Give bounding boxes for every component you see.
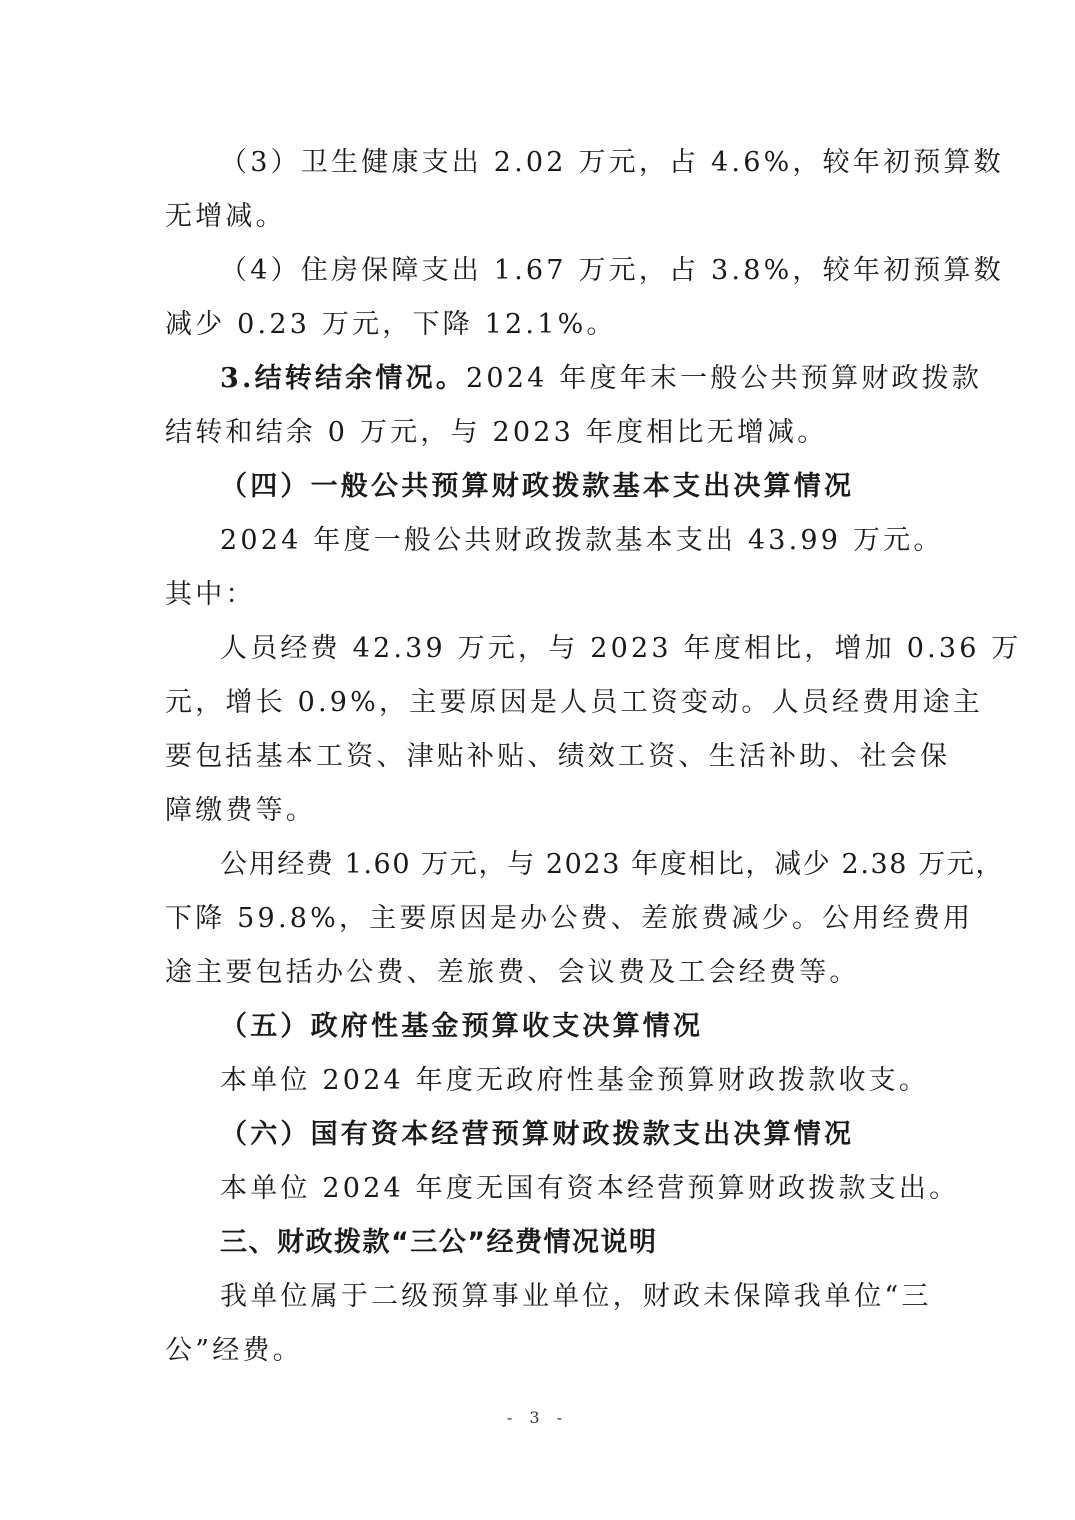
page-number: - 3 - <box>0 1408 1075 1427</box>
paragraph-line: 公”经费。 <box>165 1333 303 1369</box>
paragraph-line: 本单位 2024 年度无国有资本经营预算财政拨款支出。 <box>220 1171 959 1207</box>
paragraph-text: 2024 年度年末一般公共预算财政拨款 <box>466 363 982 394</box>
paragraph-line: 元，增长 0.9%，主要原因是人员工资变动。人员经费用途主 <box>165 685 983 721</box>
paragraph-line: 2024 年度一般公共财政拨款基本支出 43.99 万元。 <box>220 523 944 559</box>
section-heading-4: （四）一般公共预算财政拨款基本支出决算情况 <box>220 469 854 505</box>
paragraph-line: （4）住房保障支出 1.67 万元，占 3.8%，较年初预算数 <box>220 253 1004 289</box>
paragraph-line: 结转和结余 0 万元，与 2023 年度相比无增减。 <box>165 415 827 451</box>
paragraph-line: 3.结转结余情况。2024 年度年末一般公共预算财政拨款 <box>220 361 982 397</box>
section-heading-5: （五）政府性基金预算收支决算情况 <box>220 1009 703 1045</box>
paragraph-line: （3）卫生健康支出 2.02 万元，占 4.6%，较年初预算数 <box>220 145 1004 181</box>
paragraph-line: 公用经费 1.60 万元，与 2023 年度相比，减少 2.38 万元， <box>220 847 1004 883</box>
paragraph-line: 途主要包括办公费、差旅费、会议费及工会经费等。 <box>165 955 860 991</box>
paragraph-line: 本单位 2024 年度无政府性基金预算财政拨款收支。 <box>220 1063 929 1099</box>
section-heading-6: （六）国有资本经营预算财政拨款支出决算情况 <box>220 1117 854 1153</box>
chapter-heading-3: 三、财政拨款“三公”经费情况说明 <box>220 1225 658 1261</box>
paragraph-line: 减少 0.23 万元，下降 12.1%。 <box>165 307 617 343</box>
paragraph-line: 我单位属于二级预算事业单位，财政未保障我单位“三 <box>220 1279 932 1315</box>
paragraph-line: 下降 59.8%，主要原因是办公费、差旅费减少。公用经费用 <box>165 901 973 937</box>
paragraph-line: 障缴费等。 <box>165 793 316 829</box>
paragraph-line: 无增减。 <box>165 199 286 235</box>
inline-subheading: 3.结转结余情况。 <box>220 363 466 394</box>
paragraph-line: 其中： <box>165 577 256 613</box>
paragraph-line: 人员经费 42.39 万元，与 2023 年度相比，增加 0.36 万 <box>220 631 1022 667</box>
paragraph-line: 要包括基本工资、津贴补贴、绩效工资、生活补助、社会保 <box>165 739 950 775</box>
